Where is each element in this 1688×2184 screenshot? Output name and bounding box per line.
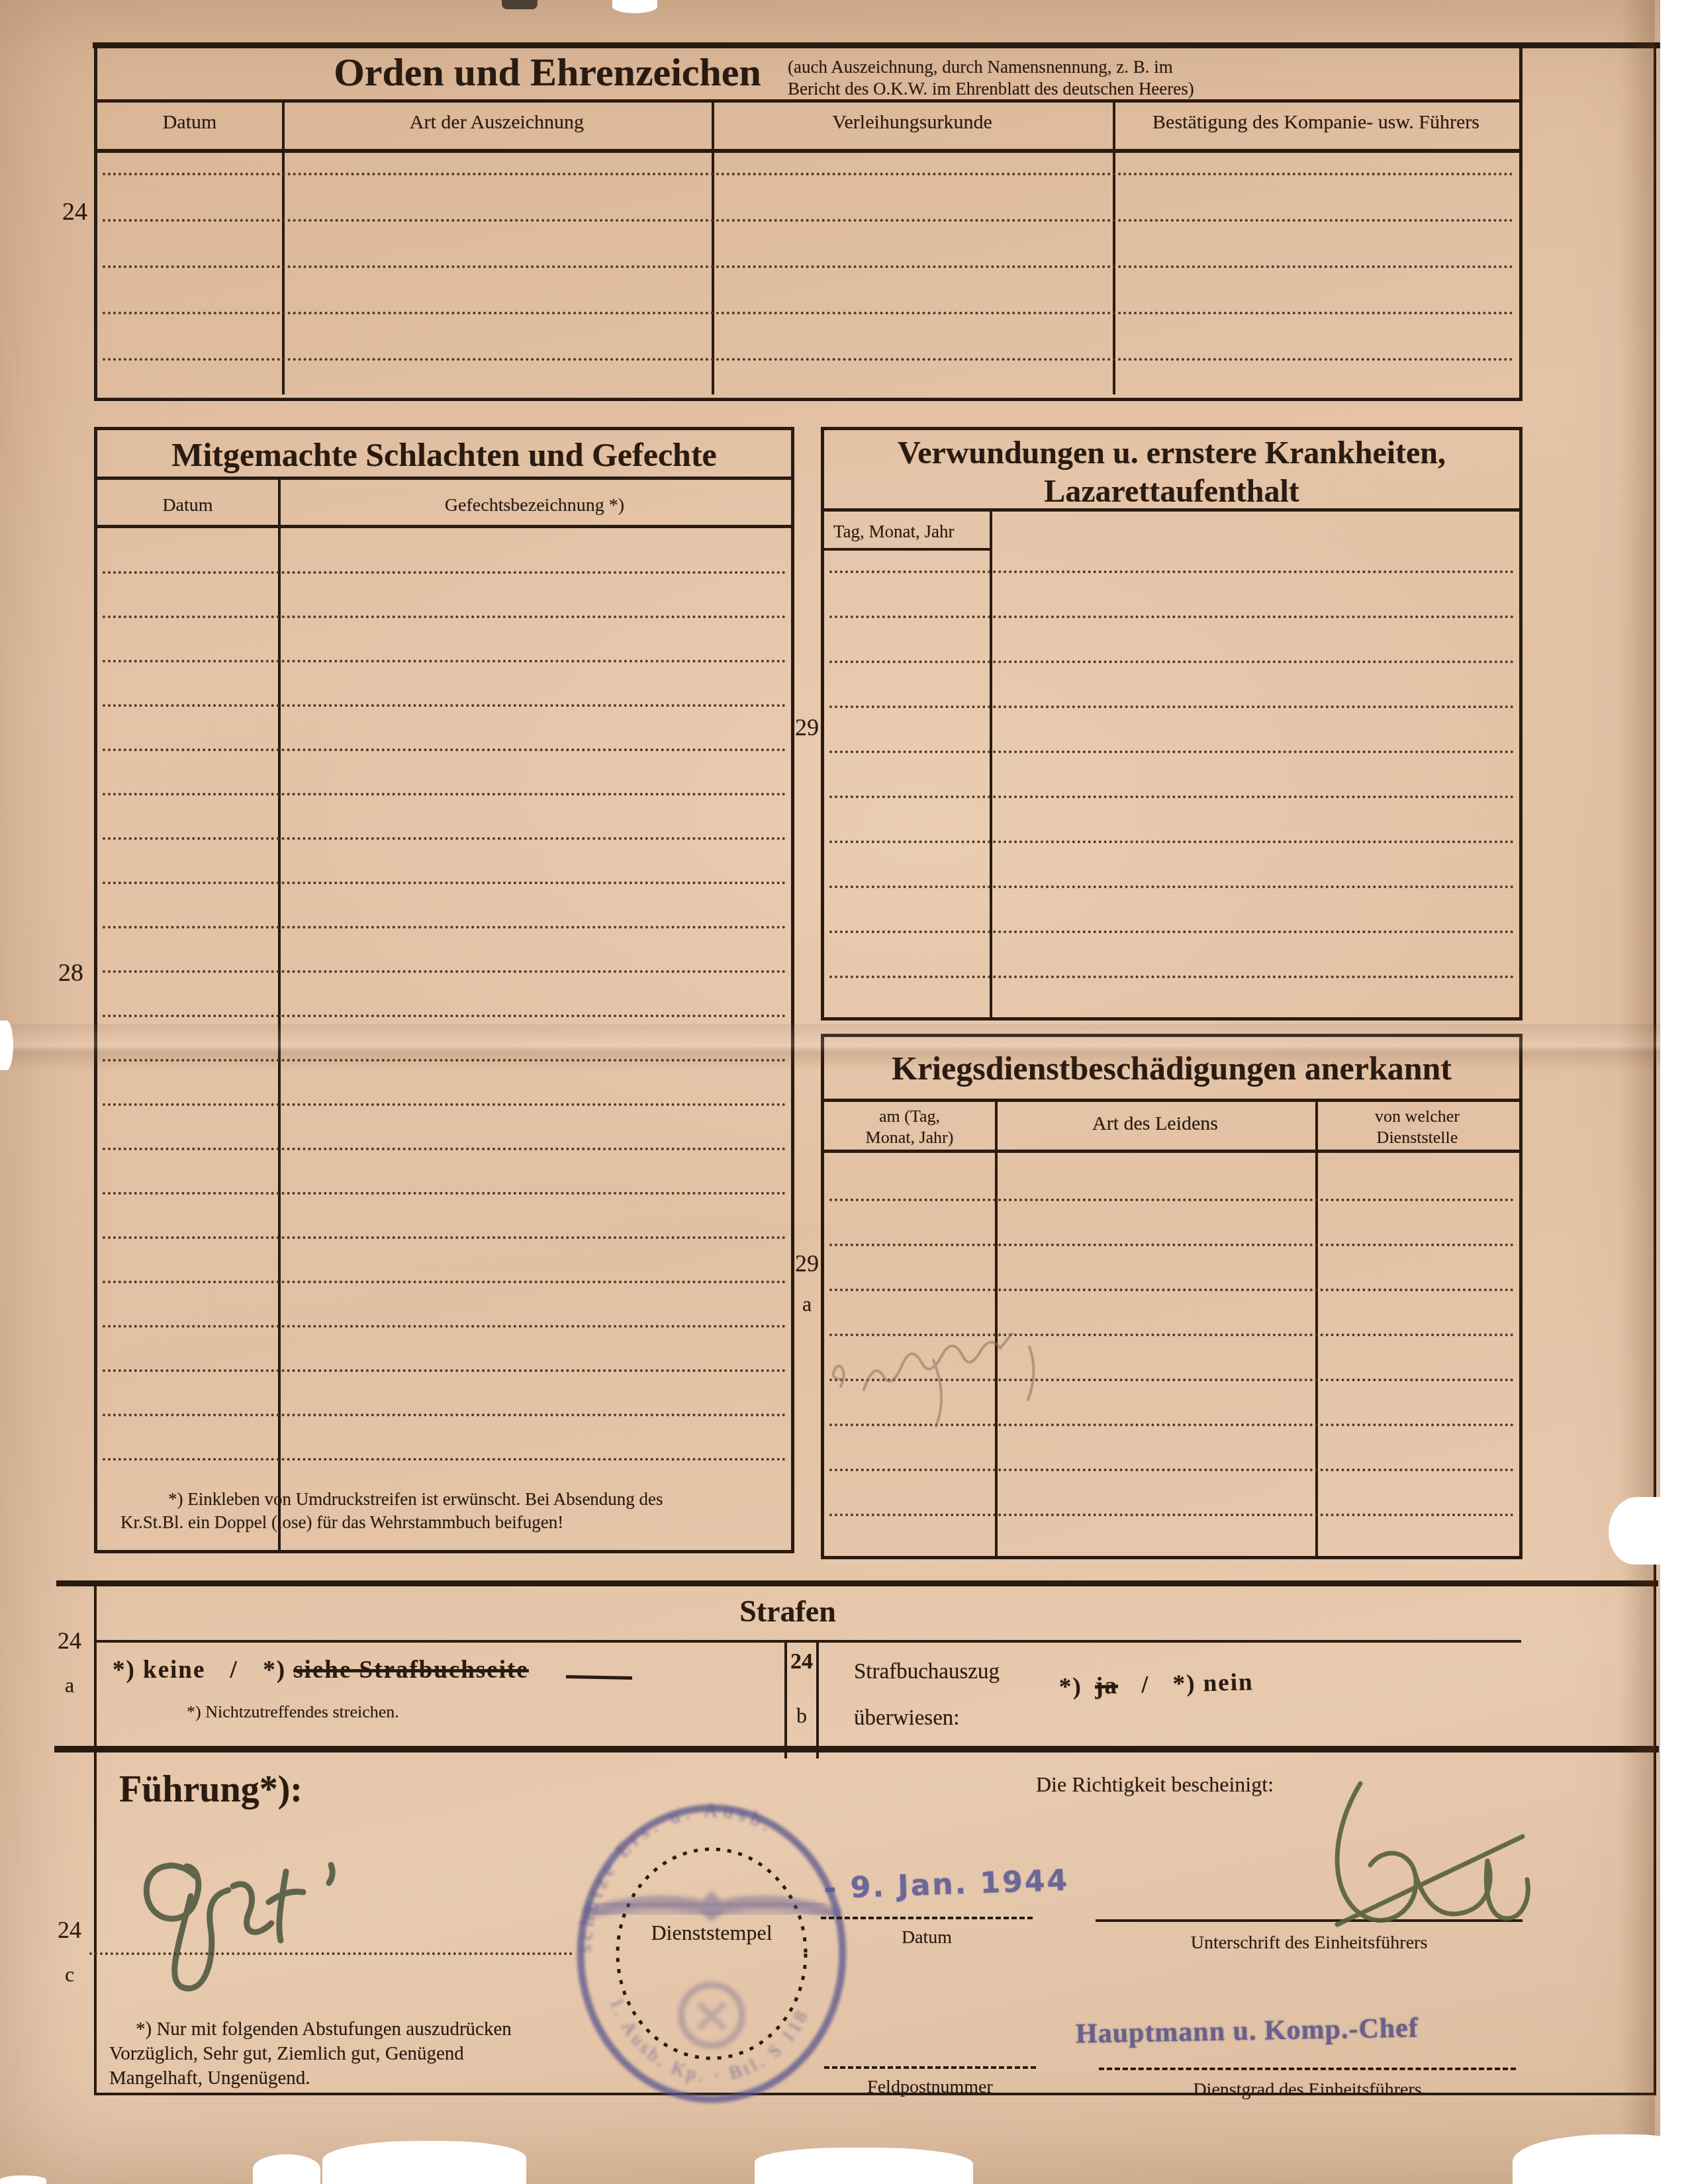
ruled-line xyxy=(829,798,1514,843)
kriegsdienst-col1-line2: Monat, Jahr) xyxy=(866,1128,954,1147)
kriegsdienst-col3-line2: Dienststelle xyxy=(1377,1128,1458,1147)
schlachten-title-underline xyxy=(97,477,791,480)
dienststempel-label: Dienststempel xyxy=(629,1921,794,1945)
bottom-tear-3 xyxy=(755,2148,973,2184)
margin-number-fuehrung: 24 xyxy=(50,1916,89,1944)
ruled-line xyxy=(103,1372,786,1416)
ruled-line xyxy=(103,1062,786,1106)
ruled-line xyxy=(829,1471,1514,1516)
kriegsdienst-col2: Art des Leidens xyxy=(995,1113,1315,1135)
strafen-nein: *) nein xyxy=(1172,1668,1254,1698)
strafen-auszug-line1: Strafbuchauszug xyxy=(854,1660,1000,1684)
ruled-line xyxy=(103,1283,786,1328)
strafen-top-rule xyxy=(56,1580,1658,1586)
strafen-ja-nein-line: *) ja / *) nein xyxy=(1058,1668,1254,1702)
strafen-title: Strafen xyxy=(596,1594,980,1629)
rank-stamp: Hauptmann u. Komp.-Chef xyxy=(1076,2012,1419,2050)
strafen-option-keine: *) keine xyxy=(113,1657,205,1684)
grade-note-line2: Vorzüglich, Sehr gut, Ziemlich gut, Genü… xyxy=(109,2043,464,2064)
stamp-eagle-icon xyxy=(583,1891,841,1921)
feldpost-line xyxy=(824,2066,1036,2069)
ruled-line xyxy=(103,884,786,929)
strafen-siehe-prefix: *) xyxy=(263,1657,286,1684)
orden-title-underline xyxy=(97,99,1519,103)
ruled-line xyxy=(829,1156,1514,1201)
strafen-note: *) Nichtzutreffendes streichen. xyxy=(187,1702,399,1722)
top-edge-dark-fragment xyxy=(502,0,538,9)
ruled-line xyxy=(103,268,1514,314)
ruled-line xyxy=(103,973,786,1017)
ruled-line xyxy=(103,1195,786,1239)
schlachten-title: Mitgemachte Schlachten und Gefechte xyxy=(97,435,791,474)
ruled-line xyxy=(103,529,786,574)
schlachten-col-datum: Datum xyxy=(97,495,278,516)
verwundungen-title-line2: Lazarettaufenthalt xyxy=(1044,474,1299,509)
kriegsdienst-title-underline xyxy=(824,1099,1519,1102)
fuehrung-grade-line xyxy=(89,1952,573,1955)
strafen-ja-prefix: *) xyxy=(1059,1673,1083,1701)
ruled-line xyxy=(103,129,1514,175)
margin-number-orden: 24 xyxy=(62,197,97,226)
ruled-line xyxy=(829,708,1514,753)
left-frame-rule-lower xyxy=(94,1586,97,2093)
dienstgrad-label: Dienstgrad des Einheitsführers xyxy=(1099,2079,1516,2101)
ruled-line xyxy=(103,796,786,840)
orden-subtitle: (auch Auszeichnung, durch Namensnennung,… xyxy=(788,56,1397,100)
kriegsdienst-title: Kriegsdienstbeschädigungen anerkannt xyxy=(824,1049,1519,1087)
ruled-line xyxy=(103,1239,786,1283)
verwundungen-title-underline xyxy=(824,508,1519,512)
strafen-ja: ja xyxy=(1095,1672,1119,1700)
margin-number-verwundungen: 29 xyxy=(792,713,822,741)
orden-subtitle-line2: Bericht des O.K.W. im Ehrenblatt des deu… xyxy=(788,79,1194,99)
margin-number-kriegsdienst: 29 xyxy=(792,1250,822,1277)
ruled-line xyxy=(829,888,1514,933)
bottom-tear-1 xyxy=(253,2154,320,2184)
handwritten-grade-signature xyxy=(106,1833,424,2019)
ruled-line xyxy=(103,1017,786,1062)
right-edge-tear xyxy=(1660,0,1688,2184)
strafen-auszug-line2: überwiesen: xyxy=(854,1706,959,1731)
top-edge-tear xyxy=(612,0,657,13)
schlachten-footnote-line1: *) Einkleben von Umdruckstreifen ist erw… xyxy=(120,1489,663,1509)
schlachten-header-underline xyxy=(97,525,791,528)
right-edge-nick xyxy=(1609,1497,1663,1565)
ruled-line xyxy=(103,618,786,662)
margin-letter-kriegsdienst: a xyxy=(792,1292,822,1316)
grade-note-line3: Mangelhaft, Ungenügend. xyxy=(109,2068,310,2089)
schlachten-footnote-line2: Kr.St.Bl. ein Doppel (lose) für das Wehr… xyxy=(120,1512,563,1532)
ruled-line xyxy=(103,175,1514,222)
ruled-line xyxy=(103,707,786,751)
schlachten-footnote: *) Einkleben von Umdruckstreifen ist erw… xyxy=(120,1488,779,1534)
ruled-line xyxy=(829,573,1514,618)
ruled-line xyxy=(103,1106,786,1150)
ruled-line xyxy=(829,663,1514,708)
kriegsdienst-col3-line1: von welcher xyxy=(1375,1107,1460,1126)
margin-letter-fuehrung-c: c xyxy=(50,1962,89,1987)
ruled-line xyxy=(829,843,1514,888)
right-frame-rule xyxy=(1654,42,1656,2094)
feldpost-label: Feldpostnummer xyxy=(824,2077,1036,2098)
fuehrung-top-rule xyxy=(54,1746,1659,1752)
verwundungen-title-line1: Verwundungen u. ernstere Krankheiten, xyxy=(898,435,1446,471)
strafen-option-siehe: siehe Strafbuchseite xyxy=(293,1657,529,1684)
ruled-line xyxy=(103,929,786,973)
orden-title: Orden und Ehrenzeichen xyxy=(289,50,806,95)
ruled-line xyxy=(103,751,786,796)
ruled-line xyxy=(829,933,1514,978)
strafen-box-letter: b xyxy=(787,1704,816,1728)
ruled-line xyxy=(103,1416,786,1461)
kriegsdienst-table: Kriegsdienstbeschädigungen anerkannt am … xyxy=(821,1034,1523,1559)
schlachten-col-gefecht: Gefechtsbezeichnung *) xyxy=(278,495,791,516)
kriegsdienst-col1-line1: am (Tag, xyxy=(879,1107,940,1126)
margin-number-schlachten: 28 xyxy=(58,958,93,987)
ruled-line xyxy=(829,1246,1514,1291)
verwundungen-ruled-rows xyxy=(829,528,1514,978)
ruled-line xyxy=(103,662,786,707)
bottom-tear-5 xyxy=(0,2175,46,2184)
ruled-line xyxy=(103,314,1514,361)
ruled-line xyxy=(829,618,1514,663)
bottom-tear-2 xyxy=(322,2141,526,2184)
pencil-scribble-handwriting xyxy=(827,1324,1105,1436)
schlachten-ruled-rows xyxy=(103,529,786,1461)
kriegsdienst-col1: am (Tag, Monat, Jahr) xyxy=(824,1106,995,1148)
ruled-line xyxy=(829,528,1514,573)
ruled-line xyxy=(103,574,786,618)
ruled-line xyxy=(103,1150,786,1195)
orden-table: Orden und Ehrenzeichen (auch Auszeichnun… xyxy=(94,48,1523,401)
fuehrung-grade-note: *) Nur mit folgenden Abstufungen auszudr… xyxy=(109,2017,771,2091)
kriegsdienst-col3: von welcher Dienststelle xyxy=(1315,1106,1519,1148)
left-edge-notch xyxy=(0,1021,13,1070)
fuehrung-richtigkeit-label: Die Richtigkeit bescheinigt: xyxy=(1036,1772,1274,1797)
top-frame-rule xyxy=(93,42,1660,48)
schlachten-table: Mitgemachte Schlachten und Gefechte Datu… xyxy=(94,427,794,1553)
ruled-line xyxy=(103,222,1514,268)
ruled-line xyxy=(103,840,786,884)
ruled-line xyxy=(103,1328,786,1372)
fuehrung-title: Führung*): xyxy=(119,1768,303,1811)
strafen-keine-line: *) keine / *) siehe Strafbuchseite xyxy=(113,1656,529,1684)
strafen-24b-box: 24 b xyxy=(784,1643,819,1758)
unit-leader-signature xyxy=(1258,1760,1562,1966)
verwundungen-table: Verwundungen u. ernstere Krankheiten, La… xyxy=(821,427,1523,1021)
grade-note-line1: *) Nur mit folgenden Abstufungen auszudr… xyxy=(109,2019,512,2040)
orden-ruled-rows xyxy=(103,129,1514,361)
datum-label: Datum xyxy=(821,1927,1033,1948)
datum-line xyxy=(821,1917,1033,1919)
kriegsdienst-header-underline xyxy=(824,1150,1519,1153)
strafen-slash2: / xyxy=(1141,1671,1150,1698)
verwundungen-title: Verwundungen u. ernstere Krankheiten, La… xyxy=(824,434,1519,511)
orden-subtitle-line1: (auch Auszeichnung, durch Namensnennung,… xyxy=(788,57,1173,77)
margin-number-strafen: 24 xyxy=(50,1627,89,1655)
ruled-line xyxy=(829,753,1514,798)
strafen-slash: / xyxy=(230,1657,238,1684)
ruled-line xyxy=(829,1201,1514,1246)
margin-letter-strafen: a xyxy=(50,1673,89,1698)
dienstgrad-line xyxy=(1099,2068,1516,2070)
strafen-box-number: 24 xyxy=(787,1649,816,1674)
wehrpass-page: Orden und Ehrenzeichen (auch Auszeichnun… xyxy=(0,0,1688,2184)
